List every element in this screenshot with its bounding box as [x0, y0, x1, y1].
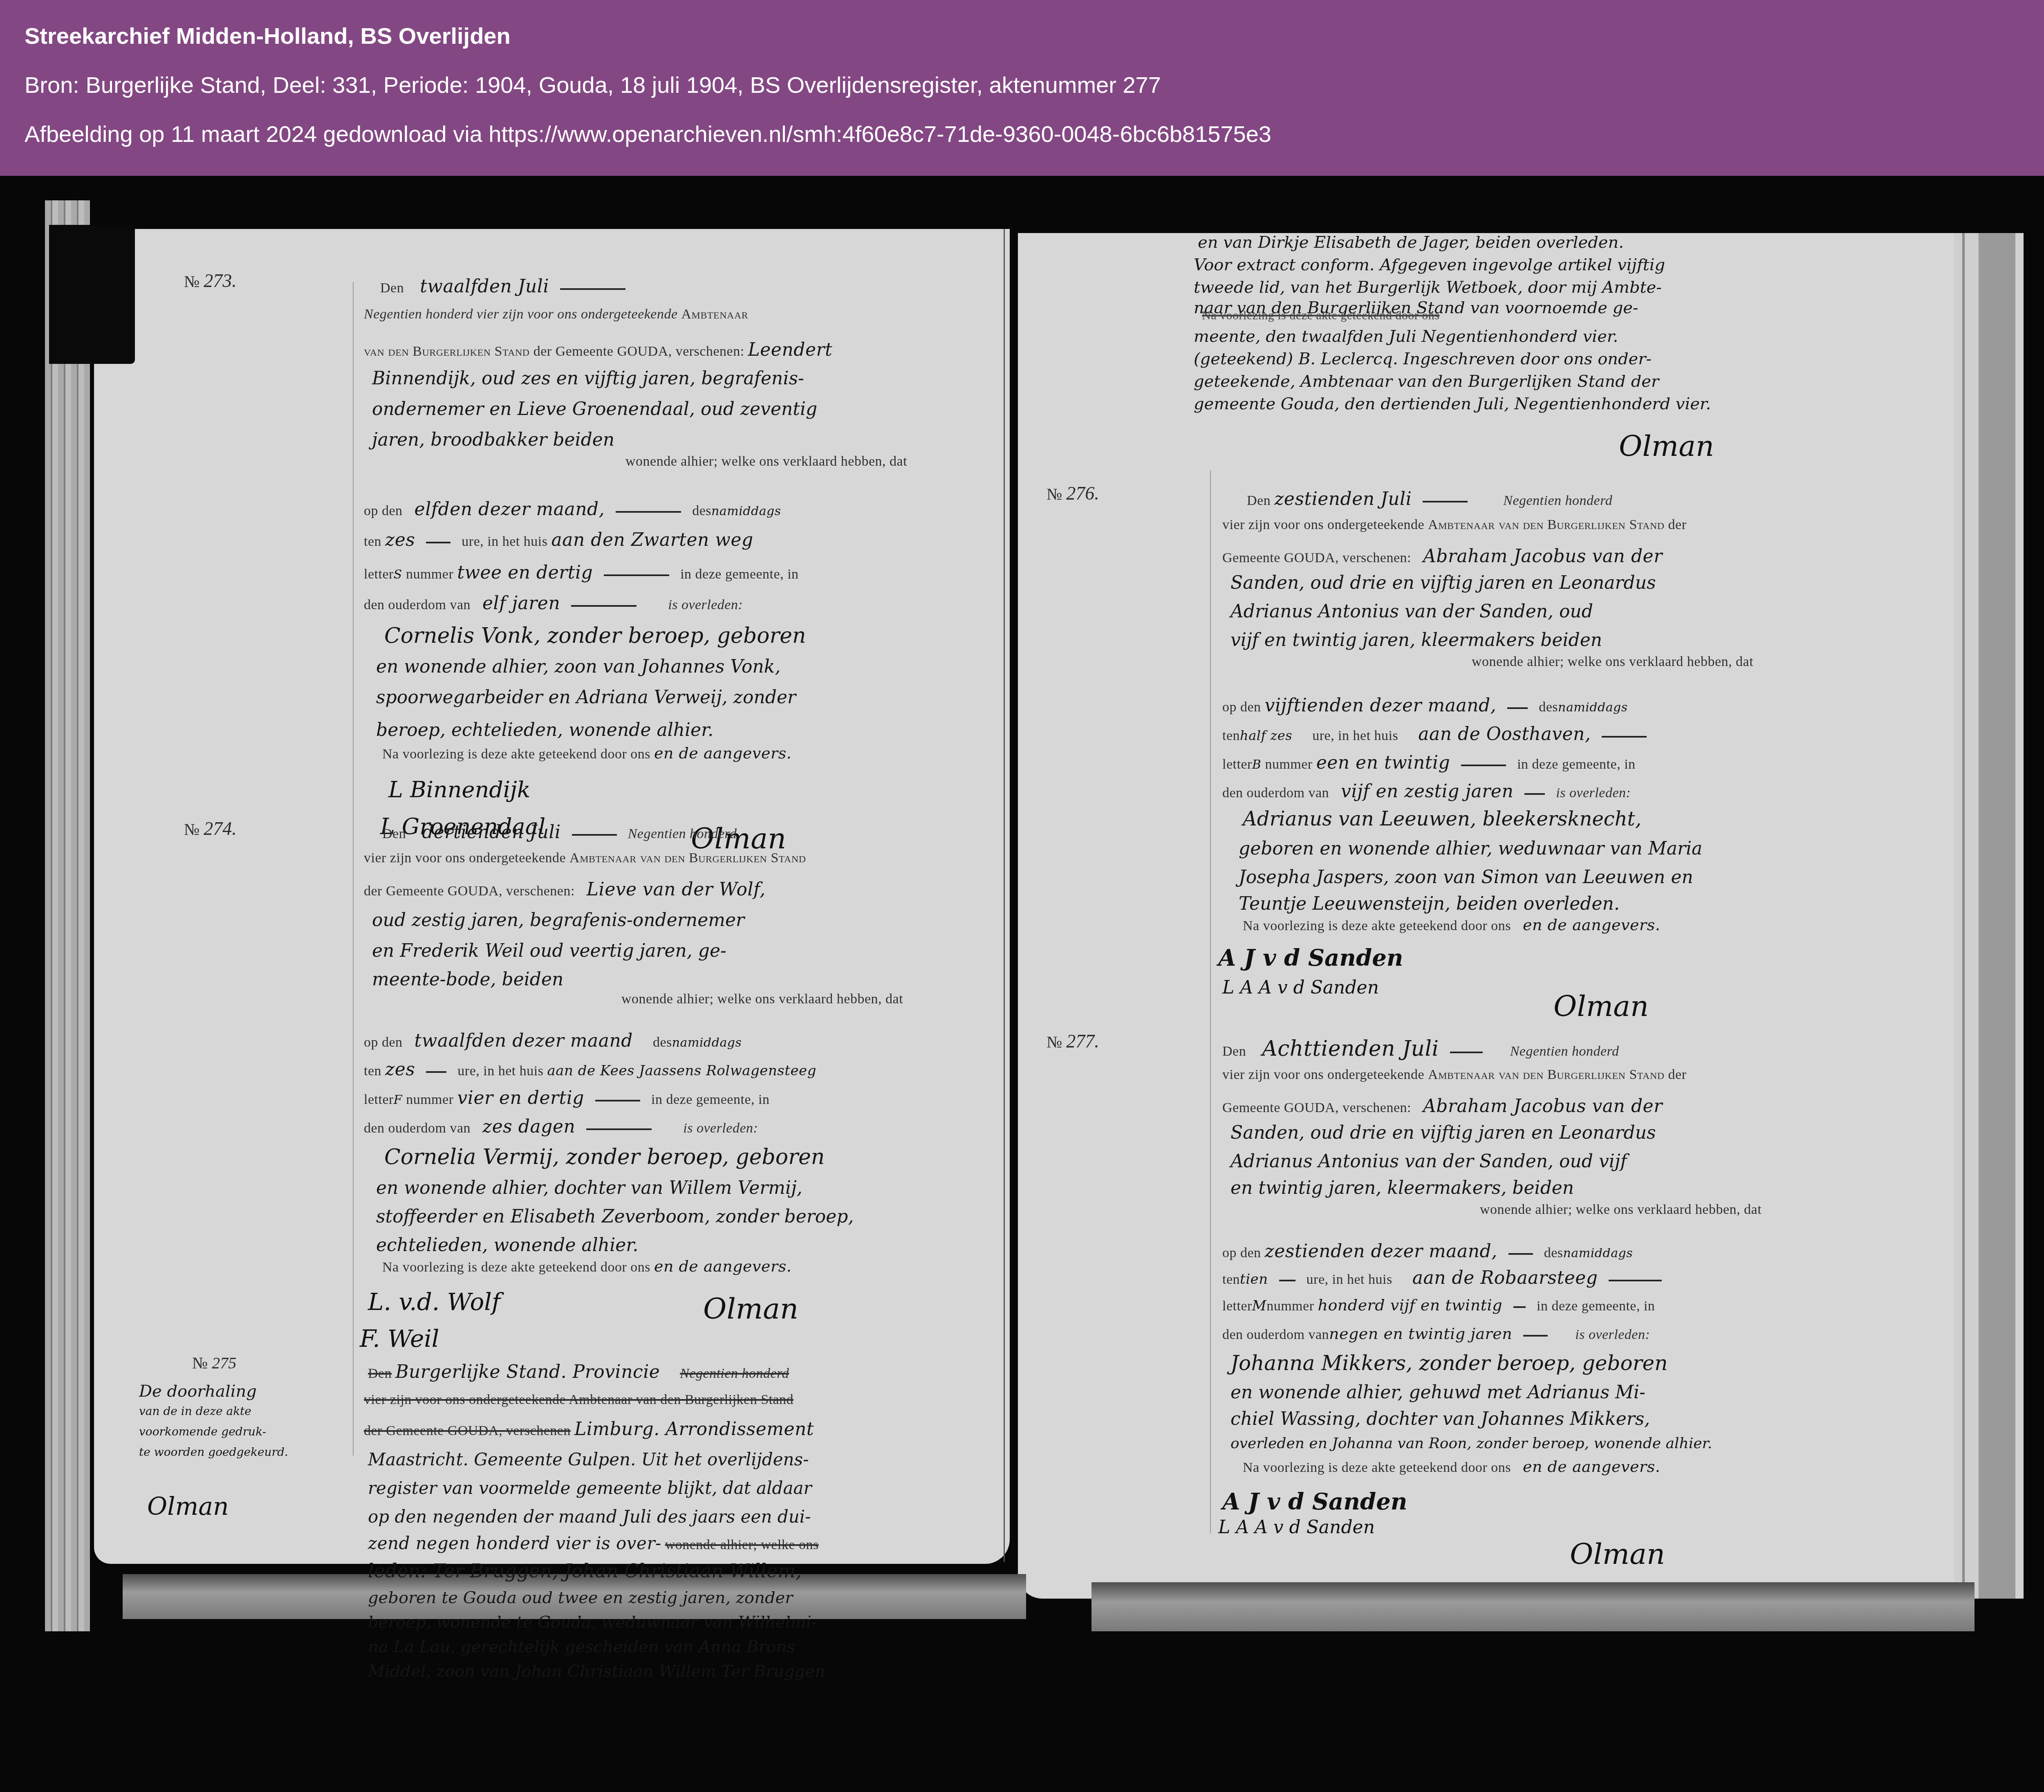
akte-274-line-wonende: wonende alhier; welke ons verklaard hebb…: [621, 991, 903, 1007]
akte-277-hand-4: en wonende alhier, gehuwd met Adrianus M…: [1230, 1382, 1645, 1403]
signature-olman-276: Olman: [1553, 989, 1649, 1023]
continuation-line-5: meente, den twaalfden Juli Negentienhond…: [1194, 327, 1618, 346]
akte-273-line-ouderdom: den ouderdom van elf jaren is overleden:: [364, 593, 743, 614]
continuation-line-6: (geteekend) B. Leclercq. Ingeschreven do…: [1194, 350, 1652, 368]
akte-277-hand-1: Sanden, oud drie en vijftig jaren en Leo…: [1230, 1122, 1656, 1143]
signature-vd-wolf: L. v.d. Wolf: [368, 1288, 500, 1316]
akte-273-line-op-den: op den elfden dezer maand, desnamiddags: [364, 499, 781, 520]
black-clasp: [49, 225, 135, 364]
signature-aj-vd-sanden-276: A J v d Sanden: [1218, 944, 1403, 971]
akte-275-deceased: leden: Ter Bruggen, Johan Christiaan Wil…: [368, 1560, 802, 1582]
akte-273-hand-6: beroep, echtelieden, wonende alhier.: [376, 720, 713, 740]
akte-276-hand-3: vijf en twintig jaren, kleermakers beide…: [1230, 630, 1602, 650]
continuation-line-3: tweede lid, van het Burgerlijk Wetboek, …: [1194, 278, 1662, 297]
akte-273-hand-3: jaren, broodbakker beiden: [372, 429, 614, 450]
akte-275-line-3: der Gemeente GOUDA, verschenen Limburg. …: [364, 1419, 814, 1440]
akte-274-hand-6: echtelieden, wonende alhier.: [376, 1235, 638, 1256]
signature-laa-vd-sanden-276: L A A v d Sanden: [1222, 977, 1379, 998]
continuation-line-2: Voor extract conform. Afgegeven ingevolg…: [1194, 256, 1665, 274]
akte-276-hand-5: Josepha Jaspers, zoon van Simon van Leeu…: [1239, 867, 1693, 888]
akte-274-line-1: Den dertienden Juli Negentien honderd: [382, 822, 737, 843]
akte-276-line-2: vier zijn voor ons ondergeteekende Ambte…: [1222, 517, 1686, 533]
akte-number-273: №273.: [184, 270, 237, 292]
akte-277-line-wonende: wonende alhier; welke ons verklaard hebb…: [1480, 1202, 1762, 1218]
margin-note-line-4: te woorden goedgekeurd.: [139, 1445, 288, 1459]
header-source: Bron: Burgerlijke Stand, Deel: 331, Peri…: [25, 72, 1161, 98]
akte-274-line-op-den: op den twaalfden dezer maand desnamiddag…: [364, 1030, 742, 1051]
continuation-line-8: gemeente Gouda, den dertienden Juli, Neg…: [1194, 395, 1711, 413]
continuation-struck-printed: Na voorlezing is deze akte geteekend doo…: [1202, 309, 1439, 323]
signature-aj-vd-sanden-277: A J v d Sanden: [1222, 1488, 1407, 1515]
akte-275-hand-3: op den negenden der maand Juli des jaars…: [368, 1507, 811, 1527]
akte-number-274: №274.: [184, 818, 237, 839]
akte-number-277: №277.: [1047, 1030, 1099, 1052]
akte-275-hand-7: na La Lau, gerechtelijk gescheiden van A…: [368, 1637, 795, 1656]
akte-276-deceased: Adrianus van Leeuwen, bleekersknecht,: [1243, 807, 1641, 830]
akte-274-line-3: der Gemeente GOUDA, verschenen: Lieve va…: [364, 879, 766, 900]
akte-273-line-1: Den twaalfden Juli: [380, 276, 633, 297]
margin-signature-olman: Olman: [147, 1492, 229, 1521]
akte-274-line-voorlezing: Na voorlezing is deze akte geteekend doo…: [382, 1257, 791, 1275]
archive-header: Streekarchief Midden-Holland, BS Overlij…: [0, 0, 2044, 176]
akte-273-line-2: Negentien honderd vier zijn voor ons ond…: [364, 307, 748, 322]
akte-276-hand-4: geboren en wonende alhier, weduwnaar van…: [1239, 838, 1702, 859]
akte-273-line-ten: ten zes ure, in het huis aan den Zwarten…: [364, 529, 753, 550]
akte-274-hand-2: en Frederik Weil oud veertig jaren, ge-: [372, 940, 726, 961]
signature-weil: F. Weil: [360, 1325, 439, 1352]
akte-275-hand-5: geboren te Gouda oud twee en zestig jare…: [368, 1588, 793, 1607]
right-page-stack: [1954, 233, 2024, 1599]
akte-number-276: №276.: [1047, 482, 1099, 504]
akte-274-hand-4: en wonende alhier, dochter van Willem Ve…: [376, 1177, 802, 1198]
akte-274-hand-3: meente-bode, beiden: [372, 969, 563, 990]
margin-note-line-2: van de in deze akte: [139, 1404, 251, 1418]
akte-276-hand-1: Sanden, oud drie en vijftig jaren en Leo…: [1230, 572, 1656, 593]
left-page-stack: [45, 200, 90, 1631]
akte-274-line-ouderdom: den ouderdom van zes dagen is overleden:: [364, 1116, 758, 1137]
akte-277-line-voorlezing: Na voorlezing is deze akte geteekend doo…: [1243, 1458, 1660, 1476]
akte-277-line-letter: letterMnummer honderd vijf en twintig in…: [1222, 1296, 1655, 1314]
register-scan: №273. Den twaalfden Juli Negentien honde…: [0, 176, 2044, 1792]
right-page-foot: [1091, 1582, 1975, 1631]
akte-273-hand-4: en wonende alhier, zoon van Johannes Von…: [376, 656, 780, 677]
akte-274-hand-5: stoffeerder en Elisabeth Zeverboom, zond…: [376, 1206, 854, 1227]
akte-276-line-1: Den zestienden Juli Negentien honderd: [1247, 489, 1612, 509]
akte-275-hand-1: Maastricht. Gemeente Gulpen. Uit het ove…: [368, 1449, 809, 1469]
akte-276-line-op-den: op den vijftienden dezer maand, desnamid…: [1222, 695, 1628, 716]
header-title: Streekarchief Midden-Holland, BS Overlij…: [25, 22, 511, 49]
akte-277-hand-3: en twintig jaren, kleermakers, beiden: [1230, 1177, 1574, 1198]
akte-275-hand-8: Middel, zoon van Johan Christiaan Willem…: [368, 1662, 825, 1681]
akte-275-line-7: zend negen honderd vier is over- wonende…: [368, 1533, 819, 1553]
akte-275-struck-line: vier zijn voor ons ondergeteekende Ambte…: [364, 1392, 793, 1408]
akte-276-line-wonende: wonende alhier; welke ons verklaard hebb…: [1472, 654, 1753, 670]
akte-273-line-letter: letterS nummer twee en dertig in deze ge…: [364, 562, 799, 583]
akte-275-line-1: Den Burgerlijke Stand. Provincie Negenti…: [368, 1361, 789, 1382]
akte-276-line-3: Gemeente GOUDA, verschenen: Abraham Jaco…: [1222, 546, 1663, 567]
akte-274-line-ten: ten zes ure, in het huis aan de Kees Jaa…: [364, 1059, 816, 1080]
akte-274-line-letter: letterF nummer vier en dertig in deze ge…: [364, 1088, 769, 1108]
akte-277-line-2: vier zijn voor ons ondergeteekende Ambte…: [1222, 1067, 1686, 1083]
signature-olman-277: Olman: [1570, 1537, 1665, 1571]
akte-277-hand-2: Adrianus Antonius van der Sanden, oud vi…: [1230, 1151, 1627, 1172]
header-download-note: Afbeelding op 11 maart 2024 gedownload v…: [25, 121, 1271, 147]
continuation-line-1: en van Dirkje Elisabeth de Jager, beiden…: [1198, 233, 1624, 252]
akte-277-line-ouderdom: den ouderdom vannegen en twintig jaren i…: [1222, 1325, 1650, 1343]
signature-laa-vd-sanden-277: L A A v d Sanden: [1218, 1517, 1375, 1538]
akte-275-hand-6: beroep, wonende te Gouda, weduwnaar van …: [368, 1613, 817, 1632]
margin-note-line-1: De doorhaling: [139, 1382, 257, 1401]
signature-olman-274: Olman: [703, 1292, 798, 1325]
akte-273-line-wonende: wonende alhier; welke ons verklaard hebb…: [625, 454, 907, 469]
akte-274-hand-1: oud zestig jaren, begrafenis-ondernemer: [372, 910, 744, 931]
left-margin-rule: [353, 282, 354, 1456]
akte-276-hand-2: Adrianus Antonius van der Sanden, oud: [1230, 601, 1593, 622]
continuation-line-7: geteekende, Ambtenaar van den Burgerlijk…: [1194, 372, 1659, 391]
akte-273-hand-5: spoorwegarbeider en Adriana Verweij, zon…: [376, 687, 796, 708]
akte-277-line-op-den: op den zestienden dezer maand, desnamidd…: [1222, 1241, 1633, 1262]
left-page-border: [1004, 229, 1005, 1562]
akte-273-hand-2: ondernemer en Lieve Groenendaal, oud zev…: [372, 399, 817, 419]
akte-276-hand-6: Teuntje Leeuwensteijn, beiden overleden.: [1239, 893, 1620, 914]
akte-276-line-ouderdom: den ouderdom van vijf en zestig jaren is…: [1222, 781, 1631, 802]
signature-olman-continuation: Olman: [1619, 429, 1714, 463]
akte-273-line-voorlezing: Na voorlezing is deze akte geteekend doo…: [382, 744, 791, 762]
akte-number-275: №275: [192, 1353, 236, 1373]
akte-274-deceased: Cornelia Vermij, zonder beroep, geboren: [384, 1145, 825, 1169]
akte-277-deceased: Johanna Mikkers, zonder beroep, geboren: [1230, 1351, 1667, 1375]
margin-note-line-3: voorkomende gedruk-: [139, 1425, 266, 1438]
akte-277-line-ten: tentien ure, in het huis aan de Robaarst…: [1222, 1267, 1669, 1288]
akte-273-hand-1: Binnendijk, oud zes en vijftig jaren, be…: [372, 368, 804, 389]
akte-275-hand-2: register van voormelde gemeente blijkt, …: [368, 1478, 812, 1498]
akte-277-hand-5: chiel Wassing, dochter van Johannes Mikk…: [1230, 1408, 1650, 1429]
right-margin-rule: [1210, 470, 1211, 1533]
akte-277-hand-6: overleden en Johanna van Roon, zonder be…: [1230, 1435, 1712, 1452]
signature-binnendijk: L Binnendijk: [388, 777, 531, 803]
akte-273-deceased: Cornelis Vonk, zonder beroep, geboren: [384, 623, 806, 648]
akte-276-line-voorlezing: Na voorlezing is deze akte geteekend doo…: [1243, 916, 1660, 934]
akte-277-line-1: Den Achttienden Juli Negentien honderd: [1222, 1036, 1619, 1061]
akte-276-line-letter: letterB nummer een en twintig in deze ge…: [1222, 752, 1636, 773]
akte-277-line-3: Gemeente GOUDA, verschenen: Abraham Jaco…: [1222, 1096, 1663, 1117]
akte-273-line-3: van den Burgerlijken Stand der Gemeente …: [364, 339, 832, 360]
akte-276-line-ten: tenhalf zes ure, in het huis aan de Oost…: [1222, 724, 1654, 745]
akte-274-line-2: vier zijn voor ons ondergeteekende Ambte…: [364, 850, 806, 866]
